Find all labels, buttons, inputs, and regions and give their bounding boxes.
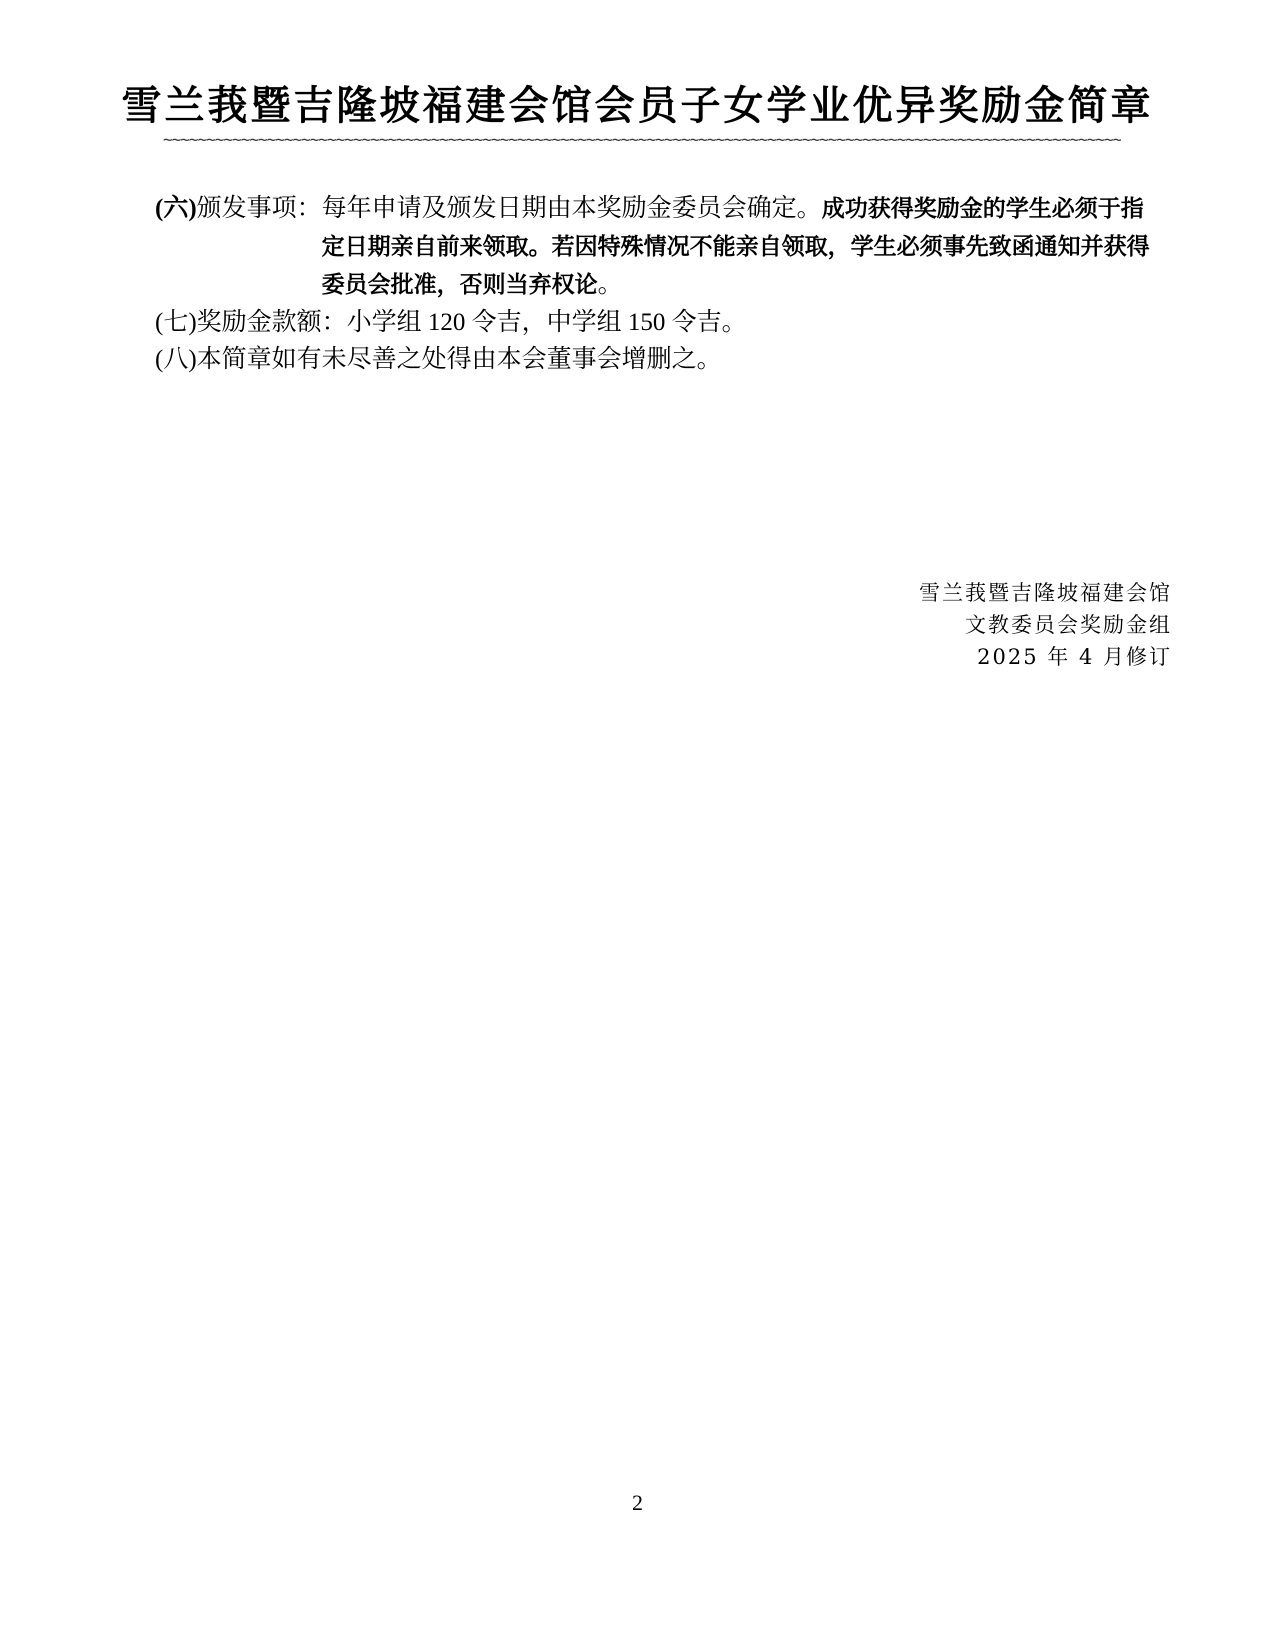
page-number: 2 [0, 1490, 1275, 1516]
section-6-text: 每年申请及颁发日期由本奖励金委员会确定。成功获得奖励金的学生必须于指定日期亲自前… [322, 190, 1155, 304]
section-6-end: 。 [598, 271, 623, 298]
section-8: (八)本简章如有未尽善之处得由本会董事会增删之。 [155, 341, 1155, 378]
section-7: (七)奖励金款额：小学组 120 令吉，中学组 150 令吉。 [155, 304, 1155, 341]
section-7-text: 奖励金款额：小学组 120 令吉，中学组 150 令吉。 [197, 304, 747, 341]
section-6: (六)颁发事项： 每年申请及颁发日期由本奖励金委员会确定。成功获得奖励金的学生必… [155, 190, 1155, 304]
section-8-number: (八) [155, 341, 197, 378]
section-7-number: (七) [155, 304, 197, 341]
signature-block: 雪兰莪暨吉隆坡福建会馆 文教委员会奖励金组 2025 年 4 月修订 [919, 577, 1172, 673]
document-title: 雪兰莪暨吉隆坡福建会馆会员子女学业优异奖励金简章 [0, 74, 1275, 131]
section-6-number: (六) [155, 195, 197, 222]
section-6-heading: 颁发事项： [197, 195, 322, 222]
decorative-divider: ~~~~~~~~~~~~~~~~~~~~~~~~~~~~~~~~~~~~~~~~… [163, 130, 1121, 149]
document-body: (六)颁发事项： 每年申请及颁发日期由本奖励金委员会确定。成功获得奖励金的学生必… [155, 190, 1155, 378]
signature-revision-date: 2025 年 4 月修订 [919, 641, 1172, 673]
section-6-label: (六)颁发事项： [155, 190, 322, 304]
signature-committee: 文教委员会奖励金组 [919, 609, 1172, 641]
signature-organization: 雪兰莪暨吉隆坡福建会馆 [919, 577, 1172, 609]
section-8-text: 本简章如有未尽善之处得由本会董事会增删之。 [197, 341, 722, 378]
section-6-regular: 每年申请及颁发日期由本奖励金委员会确定。 [322, 195, 822, 222]
